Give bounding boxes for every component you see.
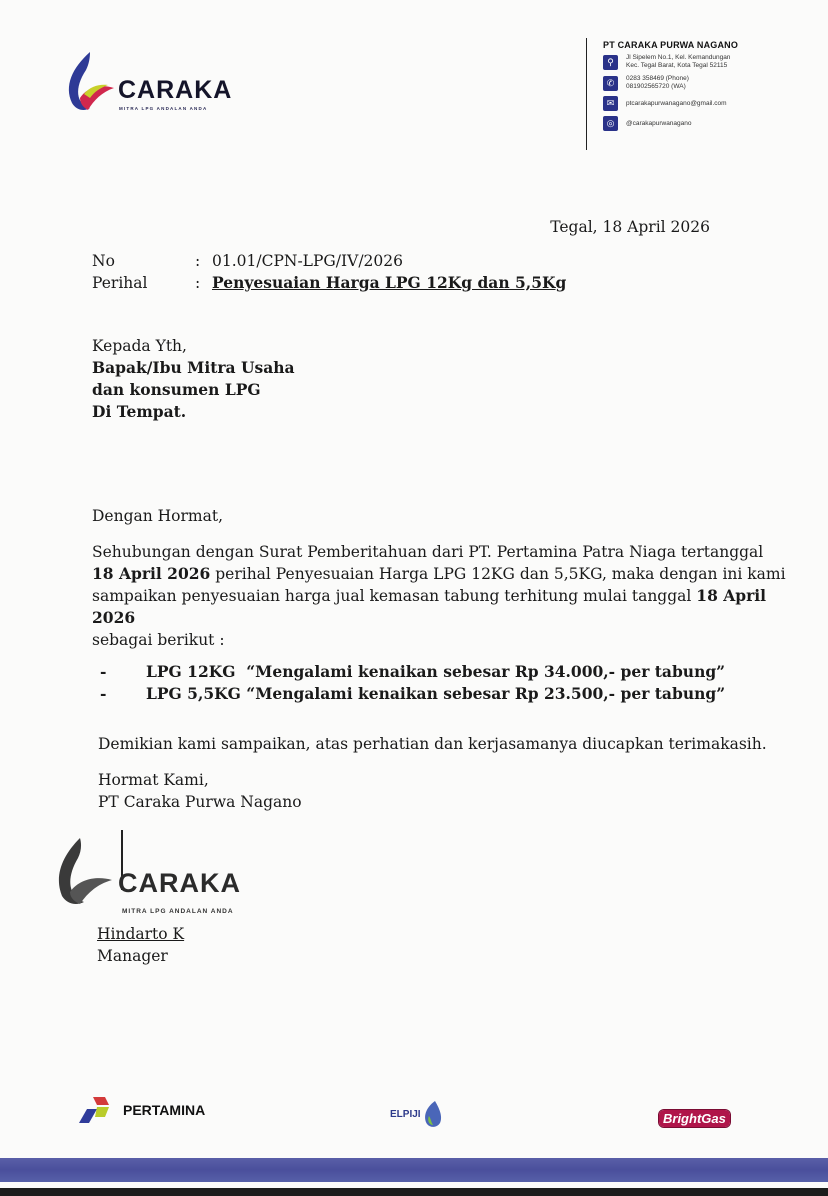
caraka-logo: CARAKA MITRA LPG ANDALAN ANDA (62, 48, 242, 118)
contact-address: ⚲ Jl Sipelem No.1, Kel. KemandunganKec. … (603, 54, 823, 70)
signer-title: Manager (97, 945, 184, 967)
closing-sentence: Demikian kami sampaikan, atas perhatian … (98, 733, 767, 755)
elpiji-logo: ELPIJI (390, 1100, 443, 1128)
letter-number-row: No : 01.01/CPN-LPG/IV/2026 (92, 250, 566, 272)
letter-number: 01.01/CPN-LPG/IV/2026 (212, 250, 403, 272)
contact-email: ✉ ptcarakapurwanagano@gmail.com (603, 96, 823, 111)
stamp-wordmark: CARAKA (118, 868, 241, 899)
email-icon: ✉ (603, 96, 618, 111)
flame-icon (62, 48, 122, 118)
company-name: PT CARAKA PURWA NAGANO (603, 40, 823, 50)
price-list: - LPG 12KG “Mengalami kenaikan sebesar R… (100, 661, 725, 705)
instagram-icon: ◎ (603, 116, 618, 131)
letter-subject: Penyesuaian Harga LPG 12Kg dan 5,5Kg (212, 272, 566, 294)
regards-block: Hormat Kami, PT Caraka Purwa Nagano (98, 769, 302, 813)
logo-tagline: MITRA LPG ANDALAN ANDA (119, 106, 207, 111)
contact-phone: ✆ 0283 358469 (Phone)081902565720 (WA) (603, 75, 823, 91)
body-paragraph: Sehubungan dengan Surat Pemberitahuan da… (92, 541, 792, 651)
pertamina-logo: PERTAMINA (75, 1095, 205, 1125)
stamp-tagline: MITRA LPG ANDALAN ANDA (122, 908, 234, 915)
contact-instagram: ◎ @carakapurwanagano (603, 116, 823, 131)
pertamina-logo-icon (75, 1095, 115, 1125)
company-stamp: CARAKA MITRA LPG ANDALAN ANDA (50, 830, 270, 920)
location-pin-icon: ⚲ (603, 55, 618, 70)
brightgas-logo-icon: BrightGas (659, 1110, 730, 1127)
footer-band (0, 1158, 828, 1182)
recipient-block: Kepada Yth, Bapak/Ibu Mitra Usaha dan ko… (92, 335, 295, 423)
letter-date: Tegal, 18 April 2026 (550, 216, 710, 238)
phone-icon: ✆ (603, 76, 618, 91)
letter-meta: No : 01.01/CPN-LPG/IV/2026 Perihal : Pen… (92, 250, 566, 294)
contact-block: PT CARAKA PURWA NAGANO ⚲ Jl Sipelem No.1… (603, 40, 823, 136)
elpiji-flame-icon (421, 1100, 443, 1128)
letter-subject-row: Perihal : Penyesuaian Harga LPG 12Kg dan… (92, 272, 566, 294)
signer-name: Hindarto K (97, 923, 184, 945)
contact-divider (586, 38, 587, 150)
signer-block: Hindarto K Manager (97, 923, 184, 967)
brightgas-logo: BrightGas (659, 1108, 730, 1127)
greeting: Dengan Hormat, (92, 505, 223, 527)
footer-edge (0, 1188, 828, 1196)
list-item: - LPG 12KG “Mengalami kenaikan sebesar R… (100, 661, 725, 683)
logo-wordmark: CARAKA (118, 76, 232, 105)
list-item: - LPG 5,5KG “Mengalami kenaikan sebesar … (100, 683, 725, 705)
